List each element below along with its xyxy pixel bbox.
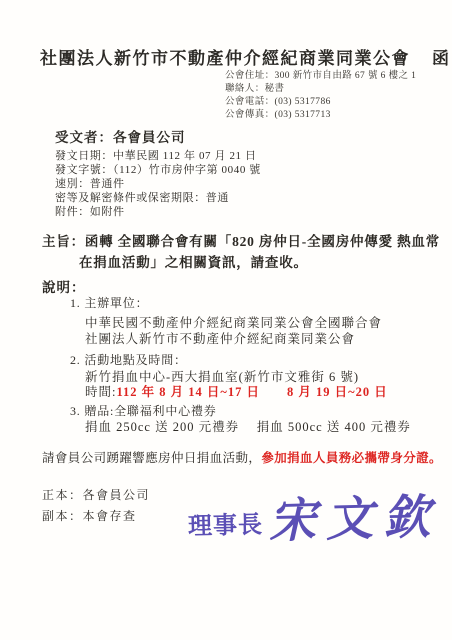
- organizer-line-2: 社團法人新竹市不動產仲介經紀商業同業公會: [85, 329, 355, 347]
- duplicate-copy-line: 副本：本會存查: [42, 507, 137, 524]
- chairman-name-calligraphy: 宋文欽: [268, 495, 440, 546]
- event-time-value: 112 年 8 月 14 日~17 日 8 月 19 日~20 日: [116, 385, 387, 399]
- explanation-label: 說明：: [42, 276, 86, 296]
- chairman-title-label: 理事長: [188, 504, 264, 541]
- issue-date-line: 發文日期：中華民國 112 年 07 月 21 日: [55, 150, 261, 164]
- subject-line-2: 在捐血活動」之相關資訊，請查收。: [42, 253, 448, 274]
- association-fax: 公會傳真：(03) 5317713: [225, 109, 416, 122]
- association-address: 公會住址：300 新竹市自由路 67 號 6 樓之 1: [225, 70, 416, 83]
- subject-line-1: 主旨：函轉 全國聯合會有關「820 房仲日-全國房仲傳愛 熱血常: [42, 232, 448, 253]
- closing-highlight-text: 參加捐血人員務必攜帶身分證。: [261, 451, 442, 465]
- recipient-line: 受文者：各會員公司: [55, 126, 261, 146]
- closing-appeal-line: 請會員公司踴躍響應房仲日捐血活動，參加捐血人員務必攜帶身分證。: [42, 448, 450, 466]
- event-time-prefix: 時間:: [85, 385, 116, 399]
- document-type-label: 函: [432, 49, 451, 68]
- priority-line: 速別：普通件: [55, 178, 261, 192]
- original-copy-line: 正本：各會員公司: [42, 486, 150, 503]
- doc-number-line: 發文字號：（112）竹市房仲字第 0040 號: [55, 164, 261, 178]
- explanation-item-2-heading: 2. 活動地點及時間：: [70, 351, 187, 368]
- security-line: 密等及解密條件或保密期限：普通: [55, 192, 261, 206]
- subject-block: 主旨：函轉 全國聯合會有關「820 房仲日-全國房仲傳愛 熱血常 在捐血活動」之…: [42, 232, 448, 273]
- organization-name: 社團法人新竹市不動產仲介經紀商業同業公會: [40, 49, 410, 68]
- association-phone: 公會電話：(03) 5317786: [225, 96, 416, 109]
- official-letter-page: 社團法人新竹市不動產仲介經紀商業同業公會函 公會住址：300 新竹市自由路 67…: [0, 0, 452, 640]
- closing-normal-text: 請會員公司踴躍響應房仲日捐血活動，: [42, 451, 261, 465]
- gift-detail-line: 捐血 250cc 送 200 元禮券 捐血 500cc 送 400 元禮券: [85, 417, 411, 435]
- contact-person: 聯絡人：秘書: [225, 83, 416, 96]
- chairman-signature: 理事長 宋文欽: [187, 495, 440, 549]
- attachment-line: 附件：如附件: [55, 206, 261, 220]
- letter-meta-block: 受文者：各會員公司 發文日期：中華民國 112 年 07 月 21 日 發文字號…: [55, 126, 261, 220]
- explanation-item-1-heading: 1. 主辦單位：: [70, 294, 148, 311]
- contact-info-block: 公會住址：300 新竹市自由路 67 號 6 樓之 1 聯絡人：秘書 公會電話：…: [225, 70, 416, 122]
- document-title: 社團法人新竹市不動產仲介經紀商業同業公會函: [40, 44, 451, 69]
- event-time-line: 時間:112 年 8 月 14 日~17 日 8 月 19 日~20 日: [85, 382, 388, 400]
